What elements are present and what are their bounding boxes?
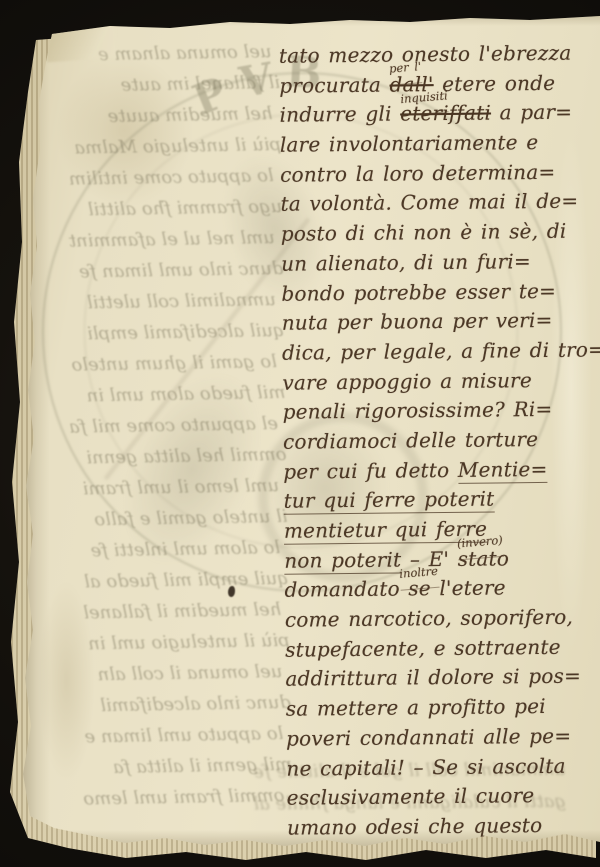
manuscript-line: mentietur qui ferre — [284, 513, 600, 546]
manuscript-line: tato mezzo onesto l'ebrezza — [279, 38, 600, 71]
manuscript-line: posto di chi non è in sè, di — [281, 216, 600, 249]
manuscript-line: contro la loro determina= — [280, 157, 600, 190]
interlinear-insertion: inquisiti — [399, 81, 449, 115]
manuscript-line: addirittura il dolore si pos= — [285, 662, 600, 695]
manuscript-line: sa mettere a profitto pei — [286, 691, 600, 724]
manuscript-line: nuta per buona per veri= — [282, 305, 600, 338]
manuscript-line: domandatoinoltre se l'etere — [284, 573, 600, 606]
manuscript-line: penali rigorosissime? Ri= — [283, 395, 600, 428]
interlinear-insertion: (invero) — [456, 526, 504, 560]
manuscript-line: indurre gli inquisitieteriffati a par= — [279, 98, 600, 131]
manuscript-line: lare involontariamente e — [280, 127, 600, 160]
interlinear-insertion: inoltre — [398, 556, 439, 590]
manuscript-line: per cui fu detto Mentie= — [283, 454, 600, 487]
manuscript-line: poveri condannati alle pe= — [286, 721, 600, 754]
bleedthrough-text: uel omuna alnam e il fallanel im aute he… — [41, 36, 292, 815]
underlined-latin: Mentie= — [458, 457, 548, 484]
manuscript-line: bondo potrebbe esser te= — [281, 276, 600, 309]
manuscript-photo: P V B uel omuna alnam e il fallanel im a… — [0, 0, 600, 867]
manuscript-line: cordiamoci delle torture — [283, 424, 600, 457]
manuscript-line: non poterit – E' (invero)stato — [284, 543, 600, 576]
manuscript-line: dica, per legale, a fine di tro= — [282, 335, 600, 368]
underlined-latin: tur qui ferre poterit — [283, 487, 494, 515]
interlinear-insertion: per l' — [388, 52, 423, 85]
manuscript-line: esclusivamente il cuore — [287, 780, 600, 813]
manuscript-line: come narcotico, soporifero, — [285, 602, 600, 635]
manuscript-line: ne capitali! – Se si ascolta — [286, 751, 600, 784]
manuscript-page: P V B uel omuna alnam e il fallanel im a… — [20, 14, 600, 848]
corner-fold — [45, 24, 117, 63]
handwritten-text-column: tato mezzo onesto l'ebrezza procurata pe… — [279, 38, 600, 843]
manuscript-line: stupefacente, e sottraente — [285, 632, 600, 665]
manuscript-line: ta volontà. Come mai il de= — [280, 187, 600, 220]
manuscript-line: un alienato, di un furi= — [281, 246, 600, 279]
top-deckle-shadow — [20, 14, 600, 26]
manuscript-line: tur qui ferre poterit — [283, 484, 600, 517]
underlined-latin: non poterit — [284, 547, 401, 574]
manuscript-line: vare appoggio a misure — [282, 365, 600, 398]
